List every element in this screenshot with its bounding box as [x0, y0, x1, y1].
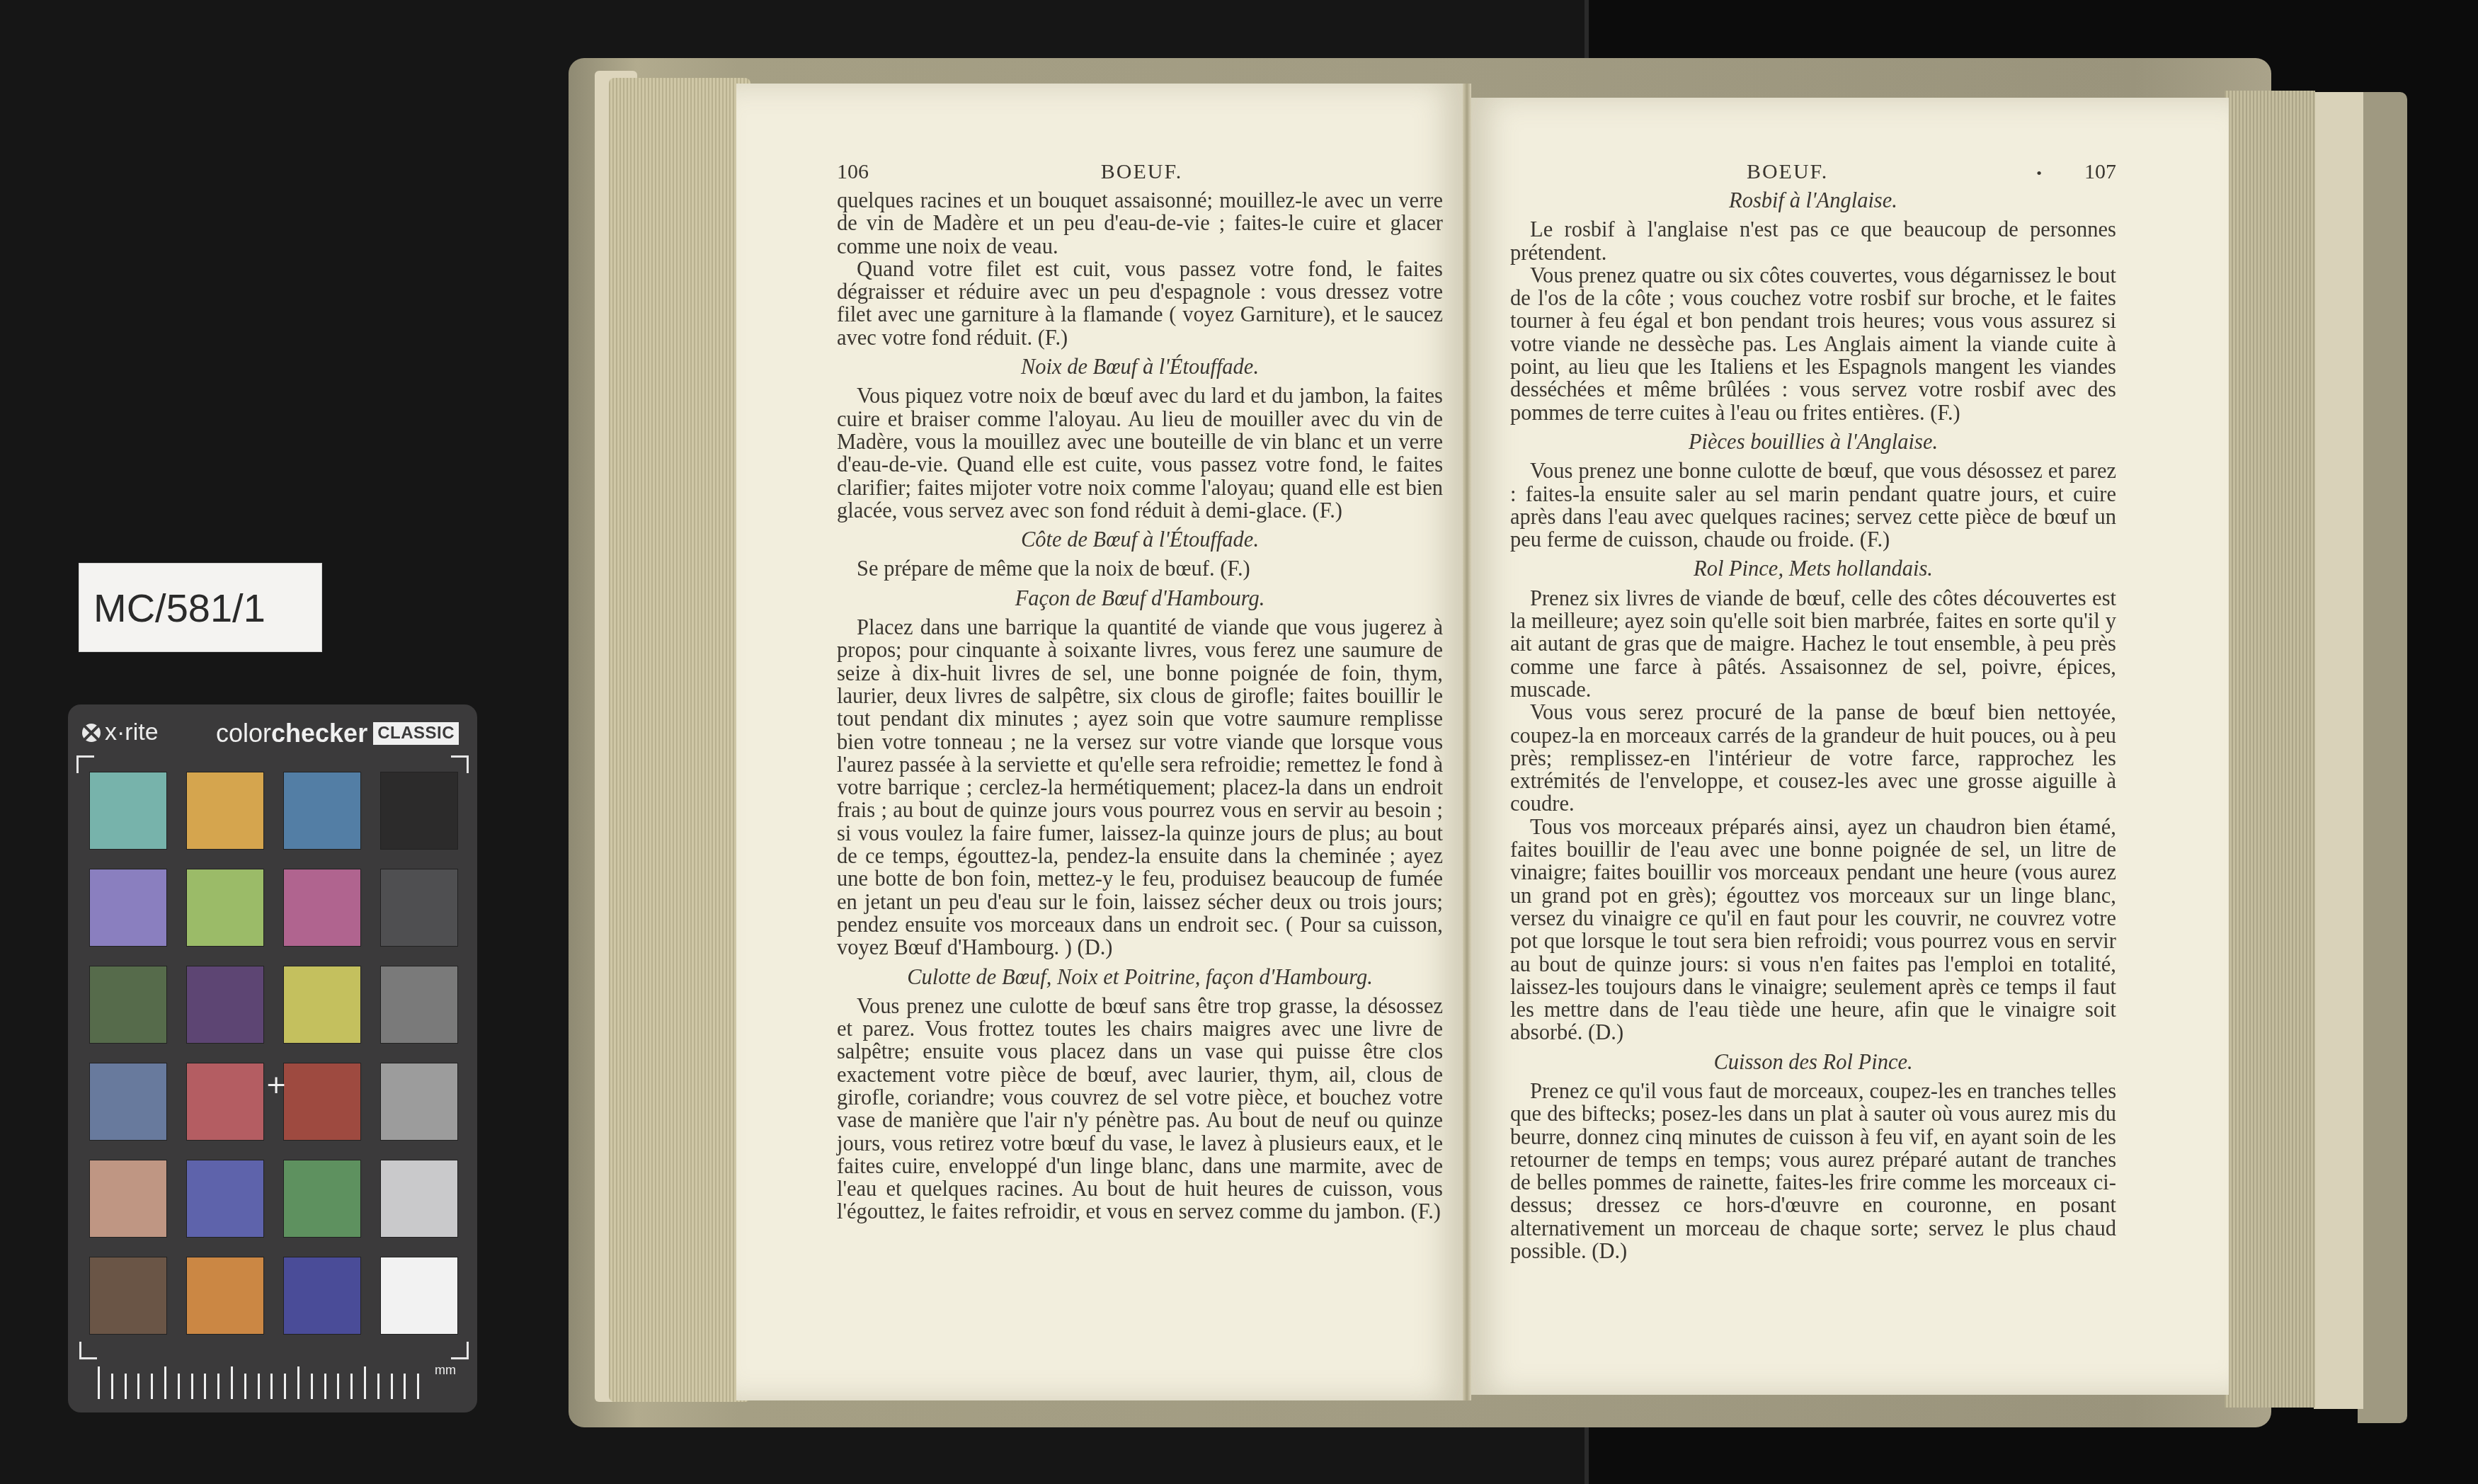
color-swatch — [380, 1063, 458, 1141]
color-swatch — [186, 772, 264, 850]
recipe-heading: Noix de Bœuf à l'Étouffade. — [837, 355, 1443, 378]
right-page-body: Rosbif à l'Anglaise.Le rosbif à l'anglai… — [1510, 189, 2116, 1262]
corner-mark-icon — [451, 755, 469, 773]
recipe-heading: Rol Pince, Mets hollandais. — [1510, 557, 2116, 580]
recipe-heading: Rosbif à l'Anglaise. — [1510, 189, 2116, 212]
running-title: BOEUF. — [1101, 161, 1182, 183]
paragraph: Vous prenez quatre ou six côtes couverte… — [1510, 264, 2116, 424]
paragraph: Le rosbif à l'anglaise n'est pas ce que … — [1510, 218, 2116, 264]
left-page-body: quelques racines et un bouquet assaisonn… — [837, 189, 1443, 1223]
color-swatch — [186, 869, 264, 947]
color-swatch — [283, 869, 361, 947]
color-swatch — [89, 1257, 167, 1335]
color-swatch — [186, 1160, 264, 1238]
color-swatch — [89, 966, 167, 1044]
corner-mark-icon — [76, 755, 94, 773]
color-swatch — [283, 1160, 361, 1238]
page-block-edge-left — [609, 78, 750, 1402]
xrite-brand-text: x·rite — [105, 719, 159, 746]
paragraph: Placez dans une barrique la quantité de … — [837, 616, 1443, 959]
color-swatch — [186, 1063, 264, 1141]
color-swatch — [380, 966, 458, 1044]
product-prefix: color — [216, 719, 271, 748]
color-swatch — [89, 869, 167, 947]
mm-ruler-major-ticks — [98, 1366, 430, 1399]
ruler-unit-label: mm — [435, 1363, 456, 1378]
ink-dot: • — [2036, 162, 2042, 185]
endpaper-edge-right — [2314, 92, 2363, 1409]
corner-mark-icon — [451, 1342, 469, 1359]
crosshair-icon: + — [265, 1073, 287, 1098]
book-board-edge-right — [2358, 92, 2407, 1423]
classic-badge: CLASSIC — [373, 722, 459, 745]
color-swatch — [89, 1063, 167, 1141]
page-number: 106 — [837, 161, 869, 183]
page-number: 107 — [2084, 161, 2116, 183]
color-swatch — [380, 869, 458, 947]
color-swatch — [89, 772, 167, 850]
running-title: BOEUF. — [1747, 161, 1828, 183]
left-page-text: 106 BOEUF. quelques racines et un bouque… — [837, 161, 1443, 1223]
recipe-heading: Côte de Bœuf à l'Étouffade. — [837, 528, 1443, 551]
colorchecker-title: colorchecker CLASSIC — [216, 719, 459, 748]
product-bold: checker — [271, 719, 367, 748]
xrite-mark-icon — [82, 724, 101, 742]
color-swatch — [89, 1160, 167, 1238]
paragraph: Prenez six livres de viande de bœuf, cel… — [1510, 587, 2116, 701]
right-running-head: BOEUF. • 107 — [1510, 161, 2116, 189]
color-swatch — [283, 772, 361, 850]
recipe-heading: Culotte de Bœuf, Noix et Poitrine, façon… — [837, 966, 1443, 988]
call-number-label: MC/581/1 — [79, 563, 322, 652]
paragraph: quelques racines et un bouquet assaisonn… — [837, 189, 1443, 258]
paragraph: Se prépare de même que la noix de bœuf. … — [837, 557, 1443, 580]
color-swatch-grid — [89, 772, 457, 1338]
color-swatch — [283, 1257, 361, 1335]
paragraph: Vous prenez une bonne culotte de bœuf, q… — [1510, 460, 2116, 551]
paragraph: Prenez ce qu'il vous faut de morceaux, c… — [1510, 1080, 2116, 1262]
paragraph: Vous piquez votre noix de bœuf avec du l… — [837, 384, 1443, 522]
color-swatch — [380, 1257, 458, 1335]
paragraph: Quand votre filet est cuit, vous passez … — [837, 258, 1443, 349]
recipe-heading: Cuisson des Rol Pince. — [1510, 1051, 2116, 1073]
color-swatch — [380, 1160, 458, 1238]
right-page-text: BOEUF. • 107 Rosbif à l'Anglaise.Le rosb… — [1510, 161, 2116, 1262]
recipe-heading: Façon de Bœuf d'Hambourg. — [837, 587, 1443, 610]
color-swatch — [186, 966, 264, 1044]
color-swatch — [380, 772, 458, 850]
xrite-logo: x·rite — [82, 719, 159, 746]
color-swatch — [283, 966, 361, 1044]
color-checker-card: x·rite colorchecker CLASSIC + mm — [68, 704, 477, 1412]
book-gutter — [1463, 84, 1471, 1400]
paragraph: Vous vous serez procuré de la panse de b… — [1510, 701, 2116, 815]
paragraph: Tous vos morceaux préparés ainsi, ayez u… — [1510, 816, 2116, 1044]
page-block-edge-right — [2225, 91, 2315, 1408]
recipe-heading: Pièces bouillies à l'Anglaise. — [1510, 430, 2116, 453]
color-swatch — [283, 1063, 361, 1141]
color-swatch — [186, 1257, 264, 1335]
paragraph: Vous prenez une culotte de bœuf sans êtr… — [837, 995, 1443, 1223]
left-running-head: 106 BOEUF. — [837, 161, 1443, 189]
corner-mark-icon — [79, 1342, 97, 1359]
